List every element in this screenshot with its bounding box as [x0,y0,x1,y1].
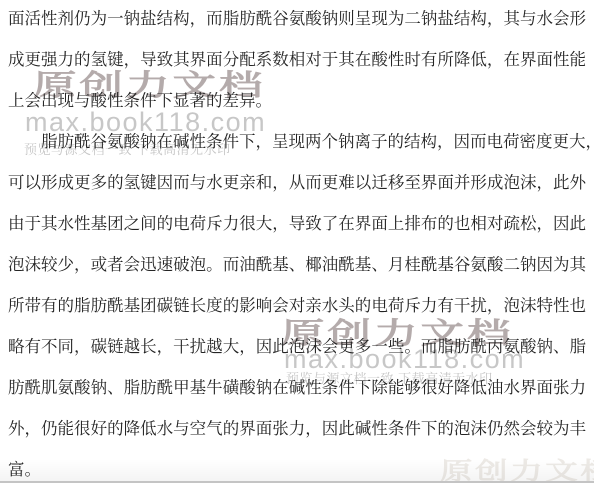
text-line: 脂肪酰谷氨酸钠在碱性条件下，呈现两个钠离子的结构，因而电荷密度更大， [8,121,586,162]
document-text: 面活性剂仍为一钠盐结构，而脂肪酰谷氨酸钠则呈现为二钠盐结构，其与水会形 成更强力… [8,0,586,483]
text-line: 肪酰肌氨酸钠、脂肪酰甲基牛磺酸钠在碱性条件下除能够很好降低油水界面张力 [8,367,586,408]
text-line: 富。 [8,449,586,483]
text-line: 所带有的脂肪酰基团碳链长度的影响会对亲水头的电荷斥力有干扰，泡沫特性也 [8,285,586,326]
text-line: 略有不同，碳链越长，干扰越大，因此泡沫会更多一些。而脂肪酰丙氨酸钠、脂 [8,326,586,367]
text-line: 外，仍能很好的降低水与空气的界面张力，因此碱性条件下的泡沫仍然会较为丰 [8,408,586,449]
text-line: 成更强力的氢键，导致其界面分配系数相对于其在酸性时有所降低，在界面性能 [8,39,586,80]
text-line: 面活性剂仍为一钠盐结构，而脂肪酰谷氨酸钠则呈现为二钠盐结构，其与水会形 [8,0,586,39]
text-line: 上会出现与酸性条件下显著的差异。 [8,80,586,121]
document-page: 原创力文档 max.book118.com 预览与源文档一致 下载高清无水印 原… [0,0,594,483]
text-line: 泡沫较少，或者会迅速破泡。而油酰基、椰油酰基、月桂酰基谷氨酸二钠因为其 [8,244,586,285]
text-line: 由于其水性基团之间的电荷斥力很大，导致了在界面上排布的也相对疏松，因此 [8,203,586,244]
text-line: 可以形成更多的氢键因而与水更亲和，从而更难以迁移至界面并形成泡沫，此外 [8,162,586,203]
